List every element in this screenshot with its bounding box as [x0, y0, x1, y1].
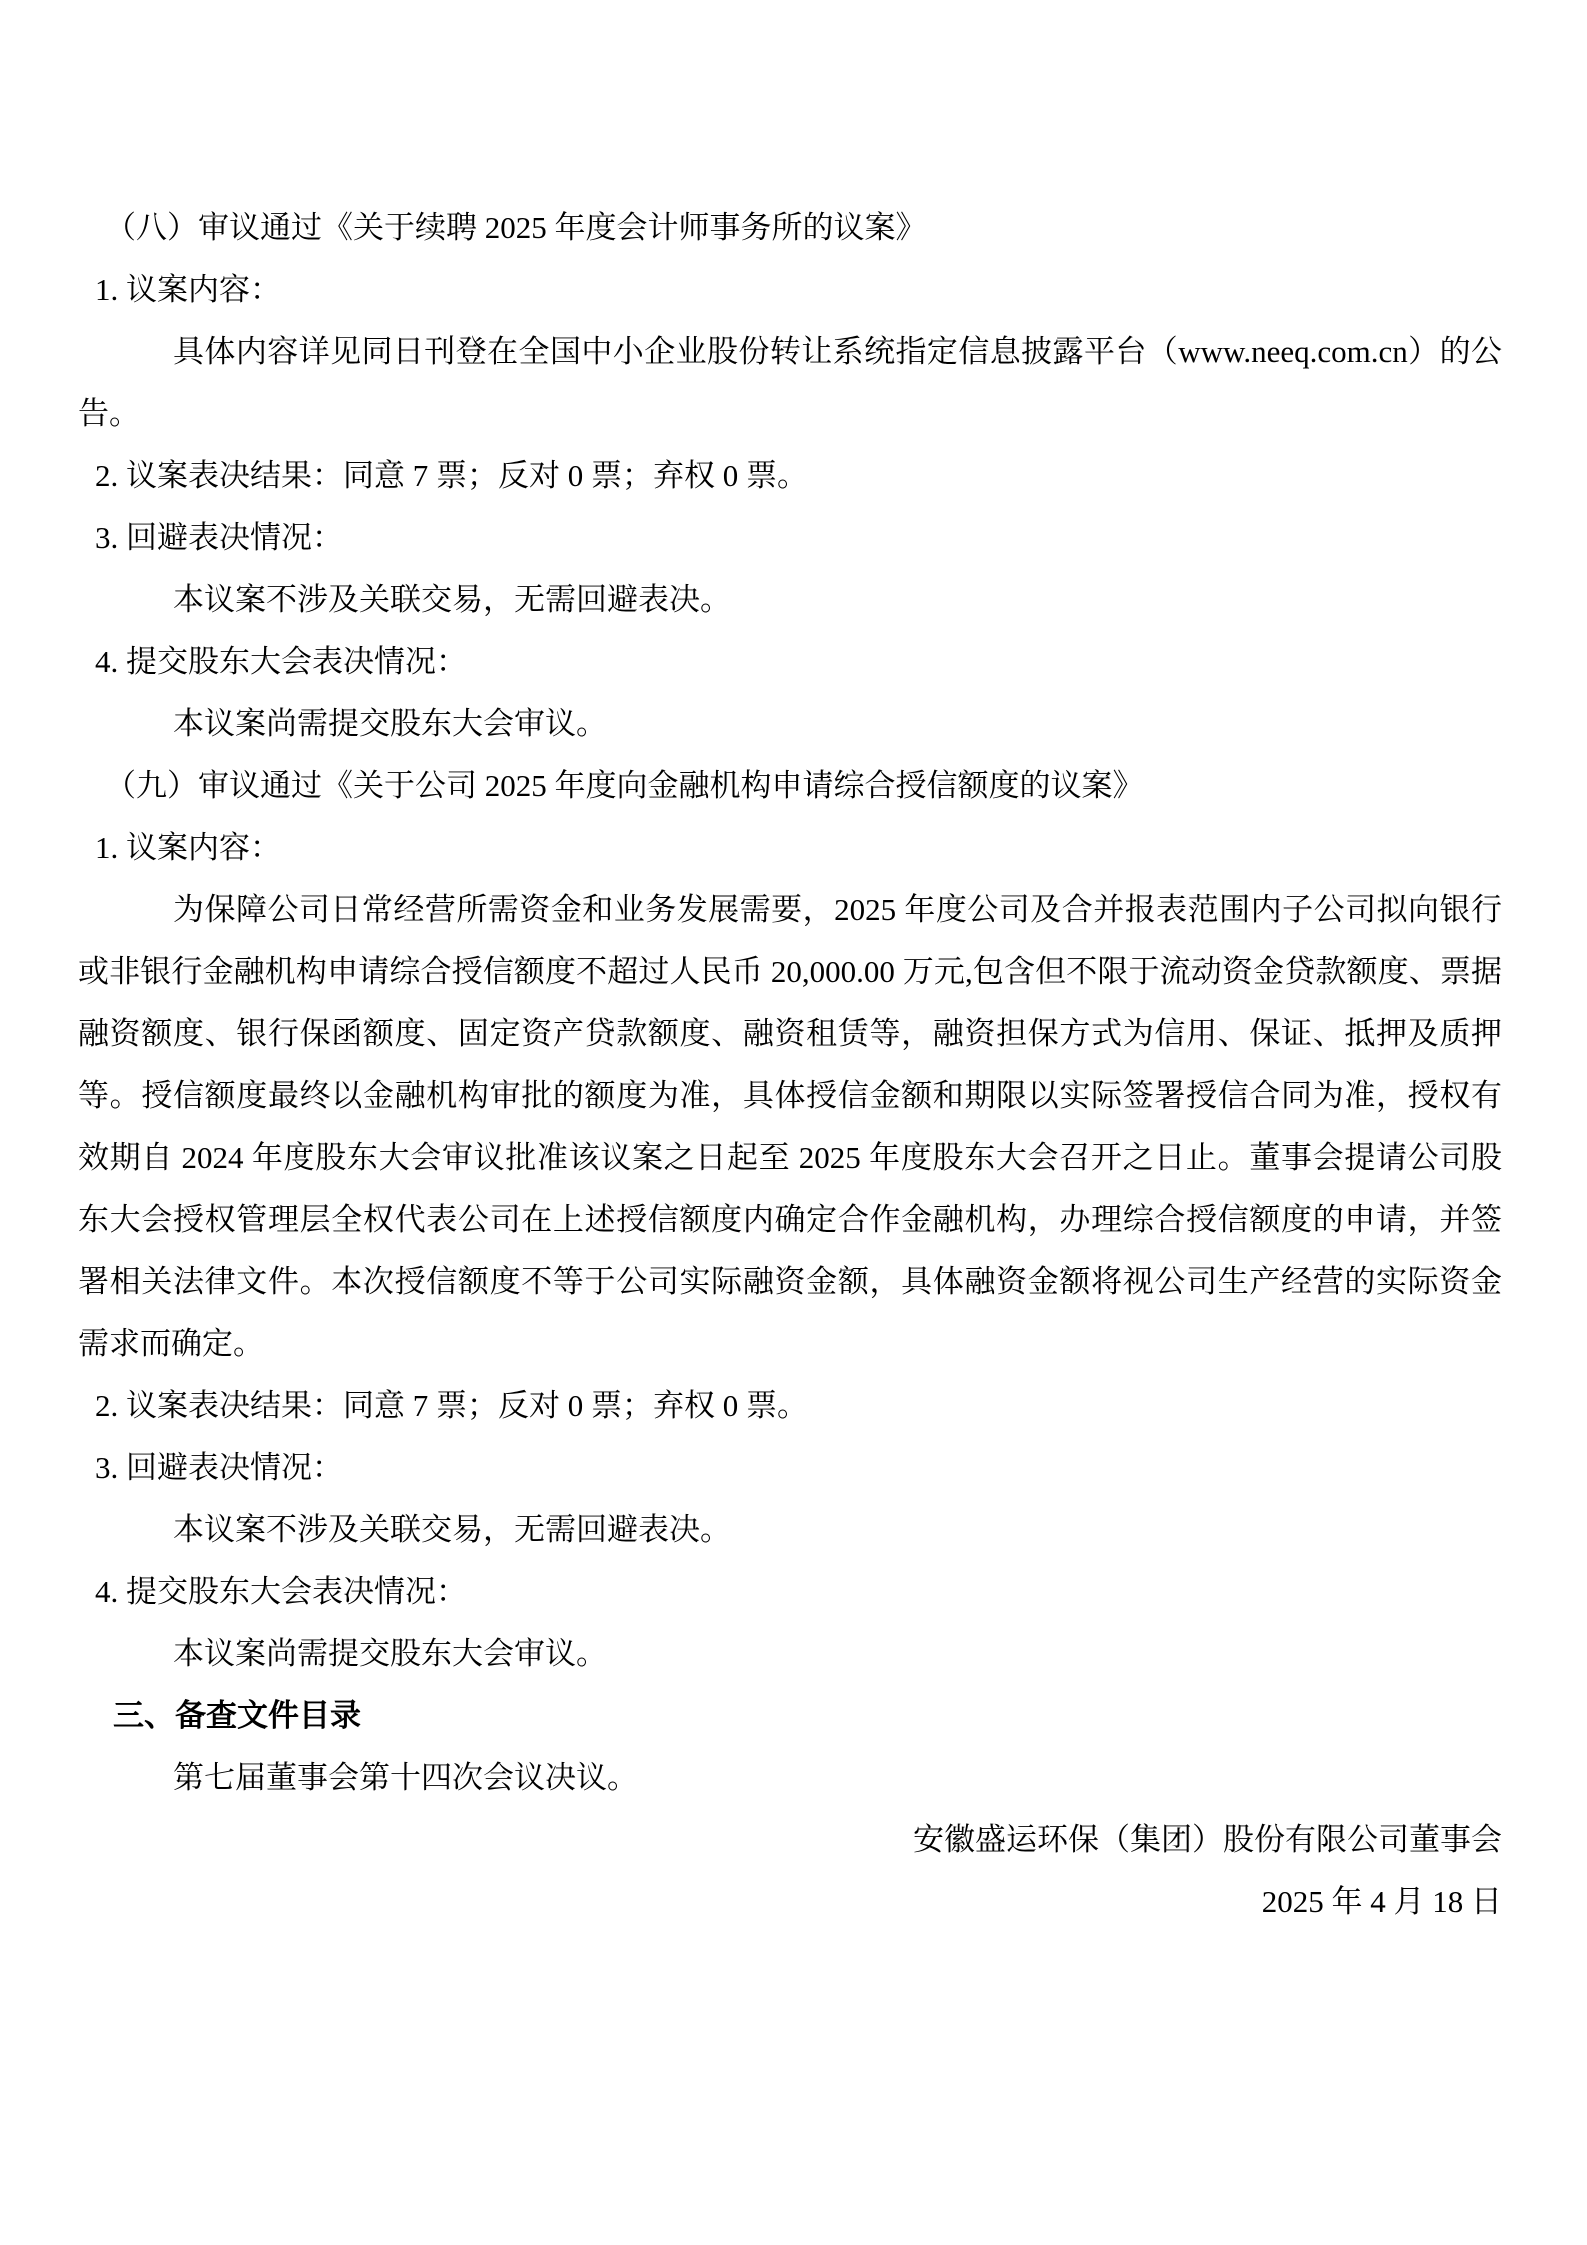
- section-8-item-1-label: 1. 议案内容：: [78, 259, 1502, 321]
- signature-date: 2025 年 4 月 18 日: [78, 1871, 1502, 1933]
- section-3-body: 第七届董事会第十四次会议决议。: [78, 1747, 1502, 1809]
- section-8-heading: （八）审议通过《关于续聘 2025 年度会计师事务所的议案》: [78, 197, 1502, 259]
- signature-company: 安徽盛运环保（集团）股份有限公司董事会: [78, 1809, 1502, 1871]
- section-8-item-3-label: 3. 回避表决情况：: [78, 507, 1502, 569]
- section-9-heading: （九）审议通过《关于公司 2025 年度向金融机构申请综合授信额度的议案》: [78, 755, 1502, 817]
- section-3-heading: 三、备查文件目录: [78, 1685, 1502, 1747]
- section-9-item-4-label: 4. 提交股东大会表决情况：: [78, 1561, 1502, 1623]
- section-9-item-1-label: 1. 议案内容：: [78, 817, 1502, 879]
- section-9-item-1-body: 为保障公司日常经营所需资金和业务发展需要，2025 年度公司及合并报表范围内子公…: [78, 879, 1502, 1375]
- section-9-item-3-label: 3. 回避表决情况：: [78, 1437, 1502, 1499]
- section-9-item-3-body: 本议案不涉及关联交易，无需回避表决。: [78, 1499, 1502, 1561]
- section-9-item-4-body: 本议案尚需提交股东大会审议。: [78, 1623, 1502, 1685]
- document-content: （八）审议通过《关于续聘 2025 年度会计师事务所的议案》 1. 议案内容： …: [78, 197, 1502, 1933]
- section-8-item-4-label: 4. 提交股东大会表决情况：: [78, 631, 1502, 693]
- section-8-item-2: 2. 议案表决结果：同意 7 票；反对 0 票；弃权 0 票。: [78, 445, 1502, 507]
- section-9-item-2: 2. 议案表决结果：同意 7 票；反对 0 票；弃权 0 票。: [78, 1375, 1502, 1437]
- section-8-item-1-body: 具体内容详见同日刊登在全国中小企业股份转让系统指定信息披露平台（www.neeq…: [78, 321, 1502, 445]
- document-page: （八）审议通过《关于续聘 2025 年度会计师事务所的议案》 1. 议案内容： …: [0, 0, 1587, 2245]
- section-8-item-3-body: 本议案不涉及关联交易，无需回避表决。: [78, 569, 1502, 631]
- section-8-item-4-body: 本议案尚需提交股东大会审议。: [78, 693, 1502, 755]
